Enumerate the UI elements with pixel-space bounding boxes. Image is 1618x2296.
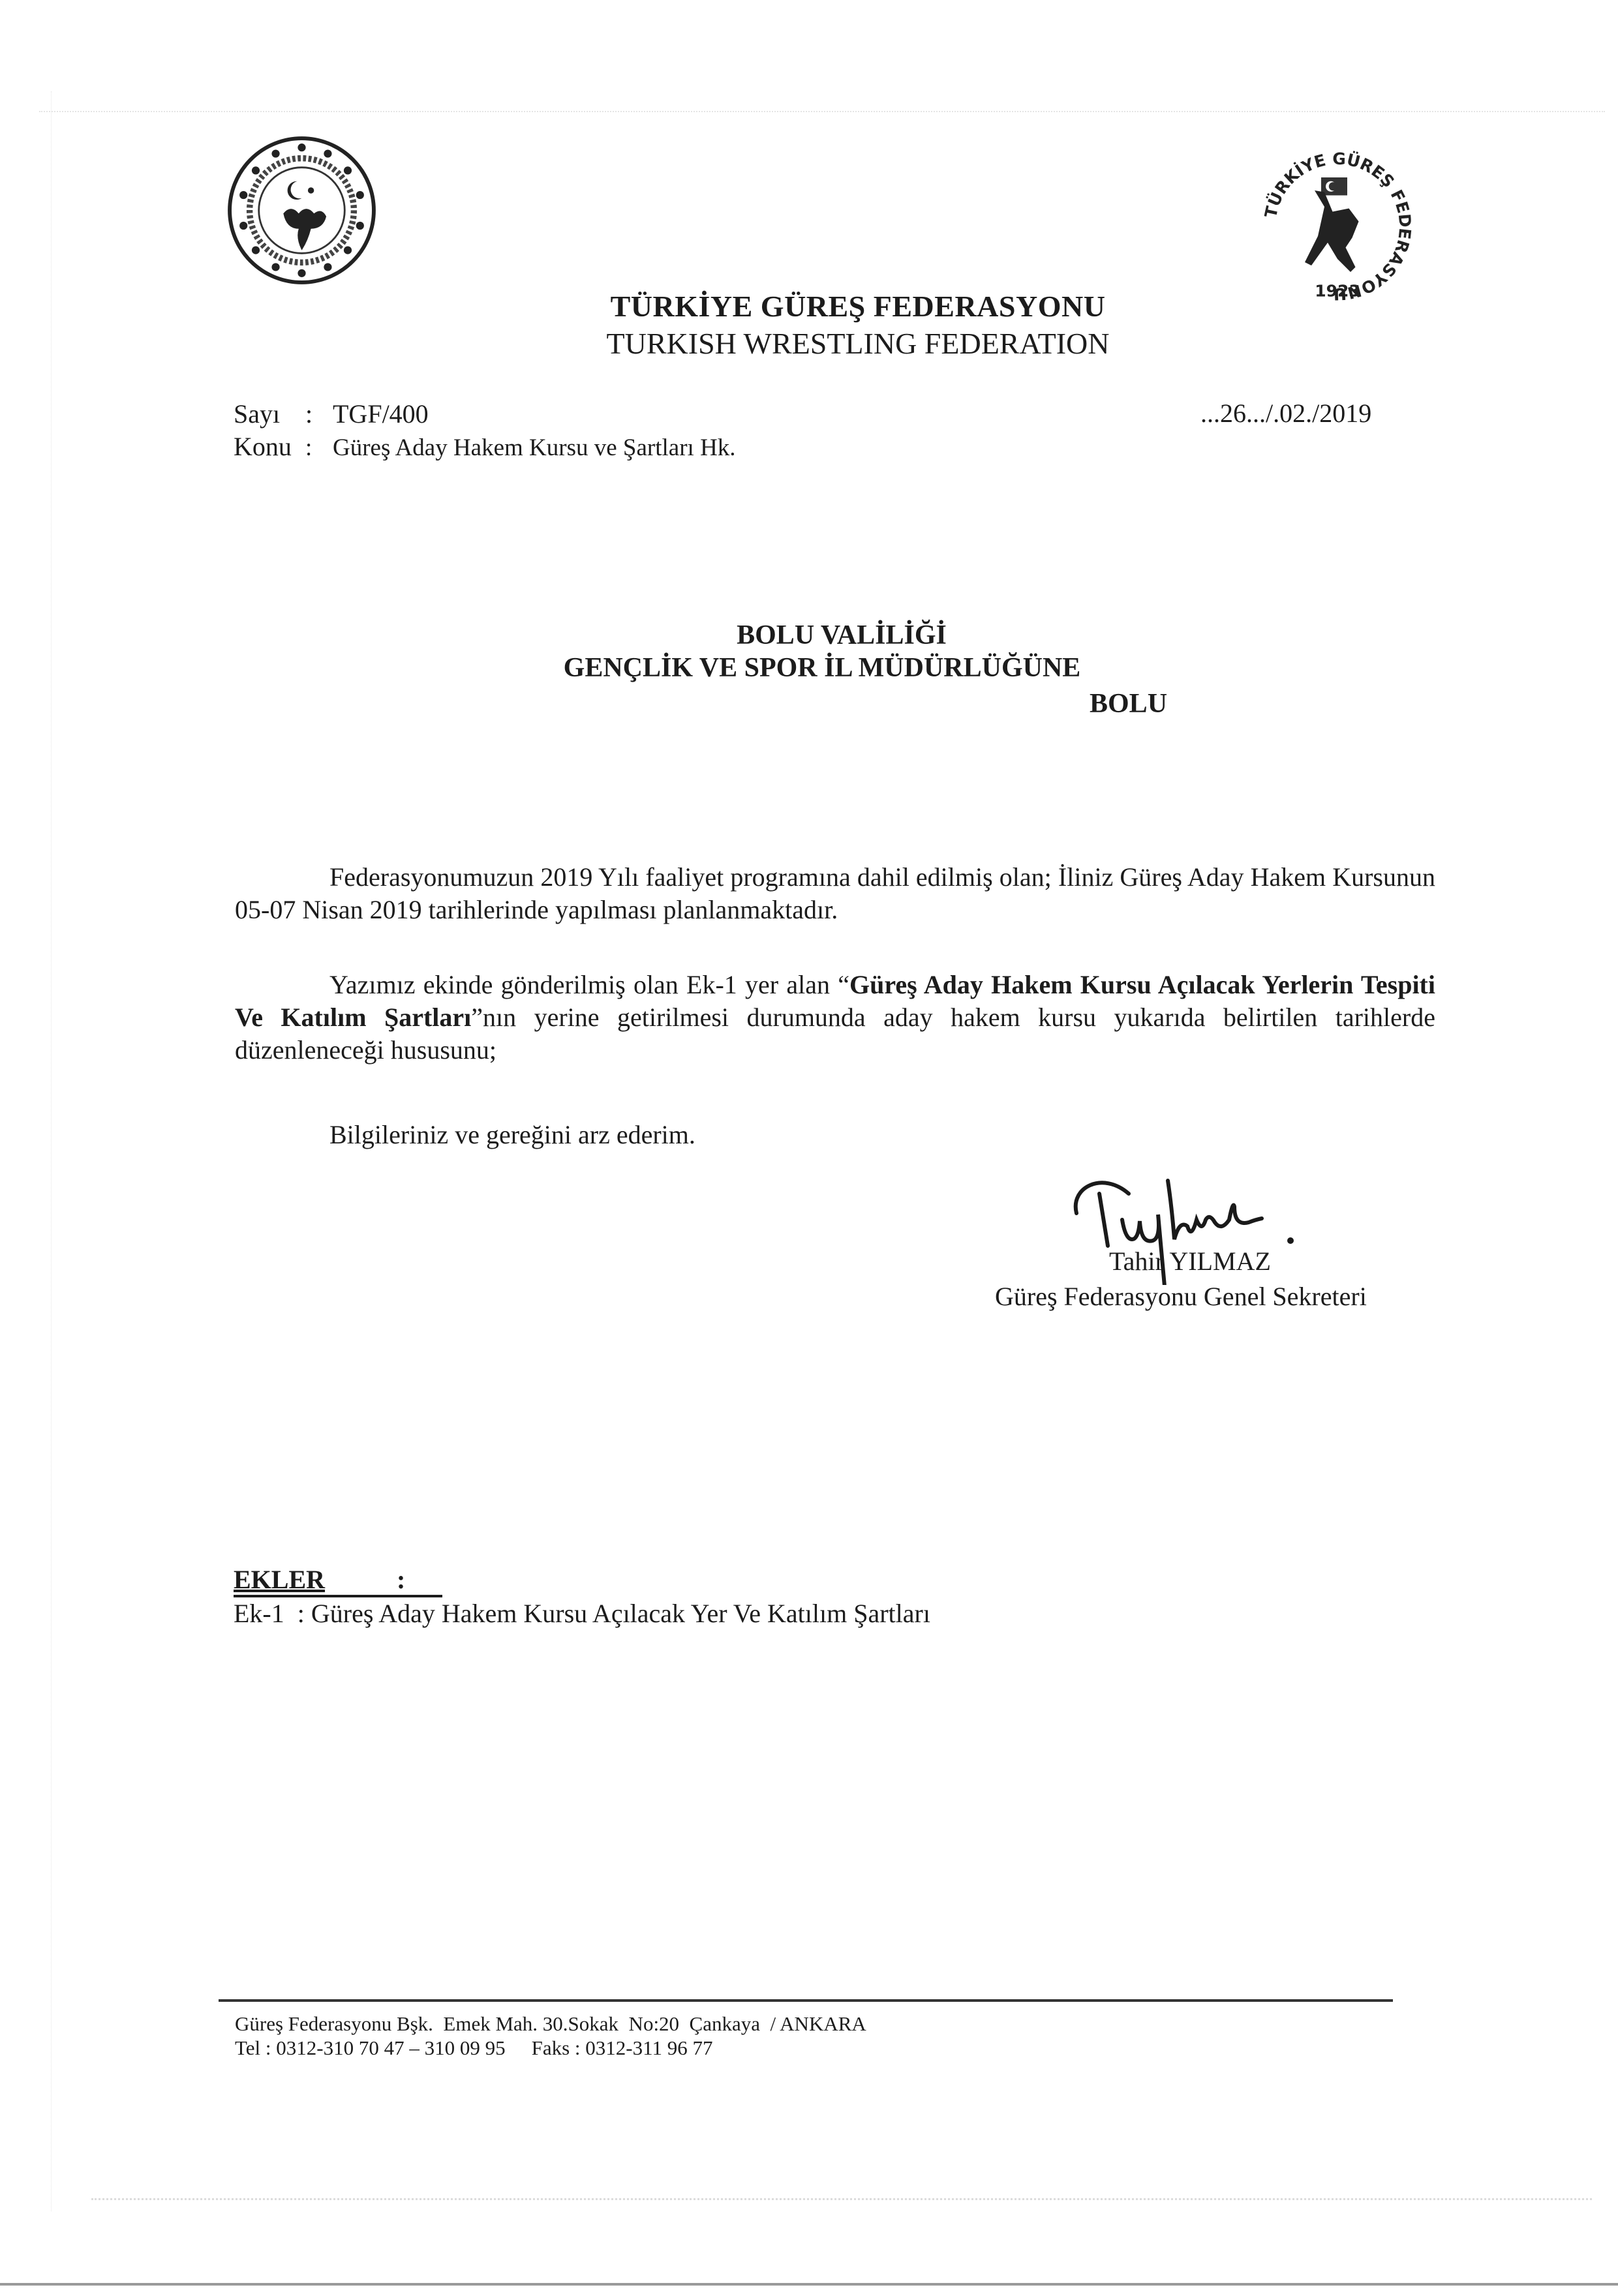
addressee-city: BOLU — [1090, 688, 1167, 719]
paragraph-2-pre: Yazımız ekinde gönderilmiş olan Ek-1 yer… — [329, 970, 849, 999]
attachment-text: Güreş Aday Hakem Kursu Açılacak Yer Ve K… — [311, 1599, 930, 1628]
sayi-label: Sayı — [234, 398, 305, 430]
attachments-underline — [234, 1595, 442, 1597]
attachments-heading: EKLER: — [234, 1564, 405, 1595]
scan-artifact-bottom — [91, 2198, 1592, 2200]
body-paragraph-2: Yazımız ekinde gönderilmiş olan Ek-1 yer… — [235, 969, 1435, 1066]
sayi-colon: : — [305, 398, 333, 430]
konu-colon: : — [305, 432, 333, 464]
scan-artifact-left — [51, 91, 52, 2211]
attachments-label: EKLER — [234, 1565, 325, 1594]
scan-artifact-top — [39, 111, 1605, 112]
sayi-value: TGF/400 — [333, 399, 429, 429]
ministry-emblem-icon — [225, 134, 378, 287]
body-paragraph-3: Bilgileriniz ve gereğini arz ederim. — [235, 1119, 1435, 1151]
footer-fax: Faks : 0312-311 96 77 — [532, 2036, 713, 2059]
org-name-tr: TÜRKİYE GÜREŞ FEDERASYONU — [0, 289, 1618, 324]
attachment-label: Ek-1 — [234, 1599, 284, 1628]
attachment-item: Ek-1 : Güreş Aday Hakem Kursu Açılacak Y… — [234, 1598, 930, 1629]
addressee-line-1: BOLU VALİLİĞİ — [0, 620, 1618, 651]
subject: Konu:Güreş Aday Hakem Kursu ve Şartları … — [234, 430, 736, 464]
attachment-separator: : — [298, 1599, 305, 1628]
attachments-colon: : — [397, 1565, 405, 1594]
org-name-en: TURKISH WRESTLING FEDERATION — [0, 326, 1618, 361]
wrestling-federation-emblem-icon: TÜRKİYE GÜREŞ FEDERASYONU 1923 — [1256, 145, 1419, 308]
body-paragraph-1: Federasyonumuzun 2019 Yılı faaliyet prog… — [235, 861, 1435, 926]
footer-divider — [219, 1999, 1393, 2002]
footer-tel: Tel : 0312-310 70 47 – 310 09 95 — [235, 2036, 506, 2059]
paragraph-3-text: Bilgileriniz ve gereğini arz ederim. — [329, 1120, 695, 1149]
signer-name: Tahir YILMAZ — [1109, 1246, 1271, 1276]
addressee-line-2: GENÇLİK VE SPOR İL MÜDÜRLÜĞÜNE — [0, 652, 1618, 684]
signer-title: Güreş Federasyonu Genel Sekreteri — [995, 1281, 1367, 1312]
konu-value: Güreş Aday Hakem Kursu ve Şartları Hk. — [333, 434, 736, 461]
footer-address: Güreş Federasyonu Bşk. Emek Mah. 30.Soka… — [235, 2012, 866, 2036]
footer-contact: Tel : 0312-310 70 47 – 310 09 95Faks : 0… — [235, 2036, 712, 2060]
konu-label: Konu — [234, 430, 305, 463]
page-edge — [0, 2283, 1618, 2286]
paragraph-1-text: Federasyonumuzun 2019 Yılı faaliyet prog… — [235, 862, 1435, 924]
document-date: ...26.../.02./2019 — [1200, 398, 1371, 429]
reference-number: Sayı:TGF/400 — [234, 398, 429, 430]
